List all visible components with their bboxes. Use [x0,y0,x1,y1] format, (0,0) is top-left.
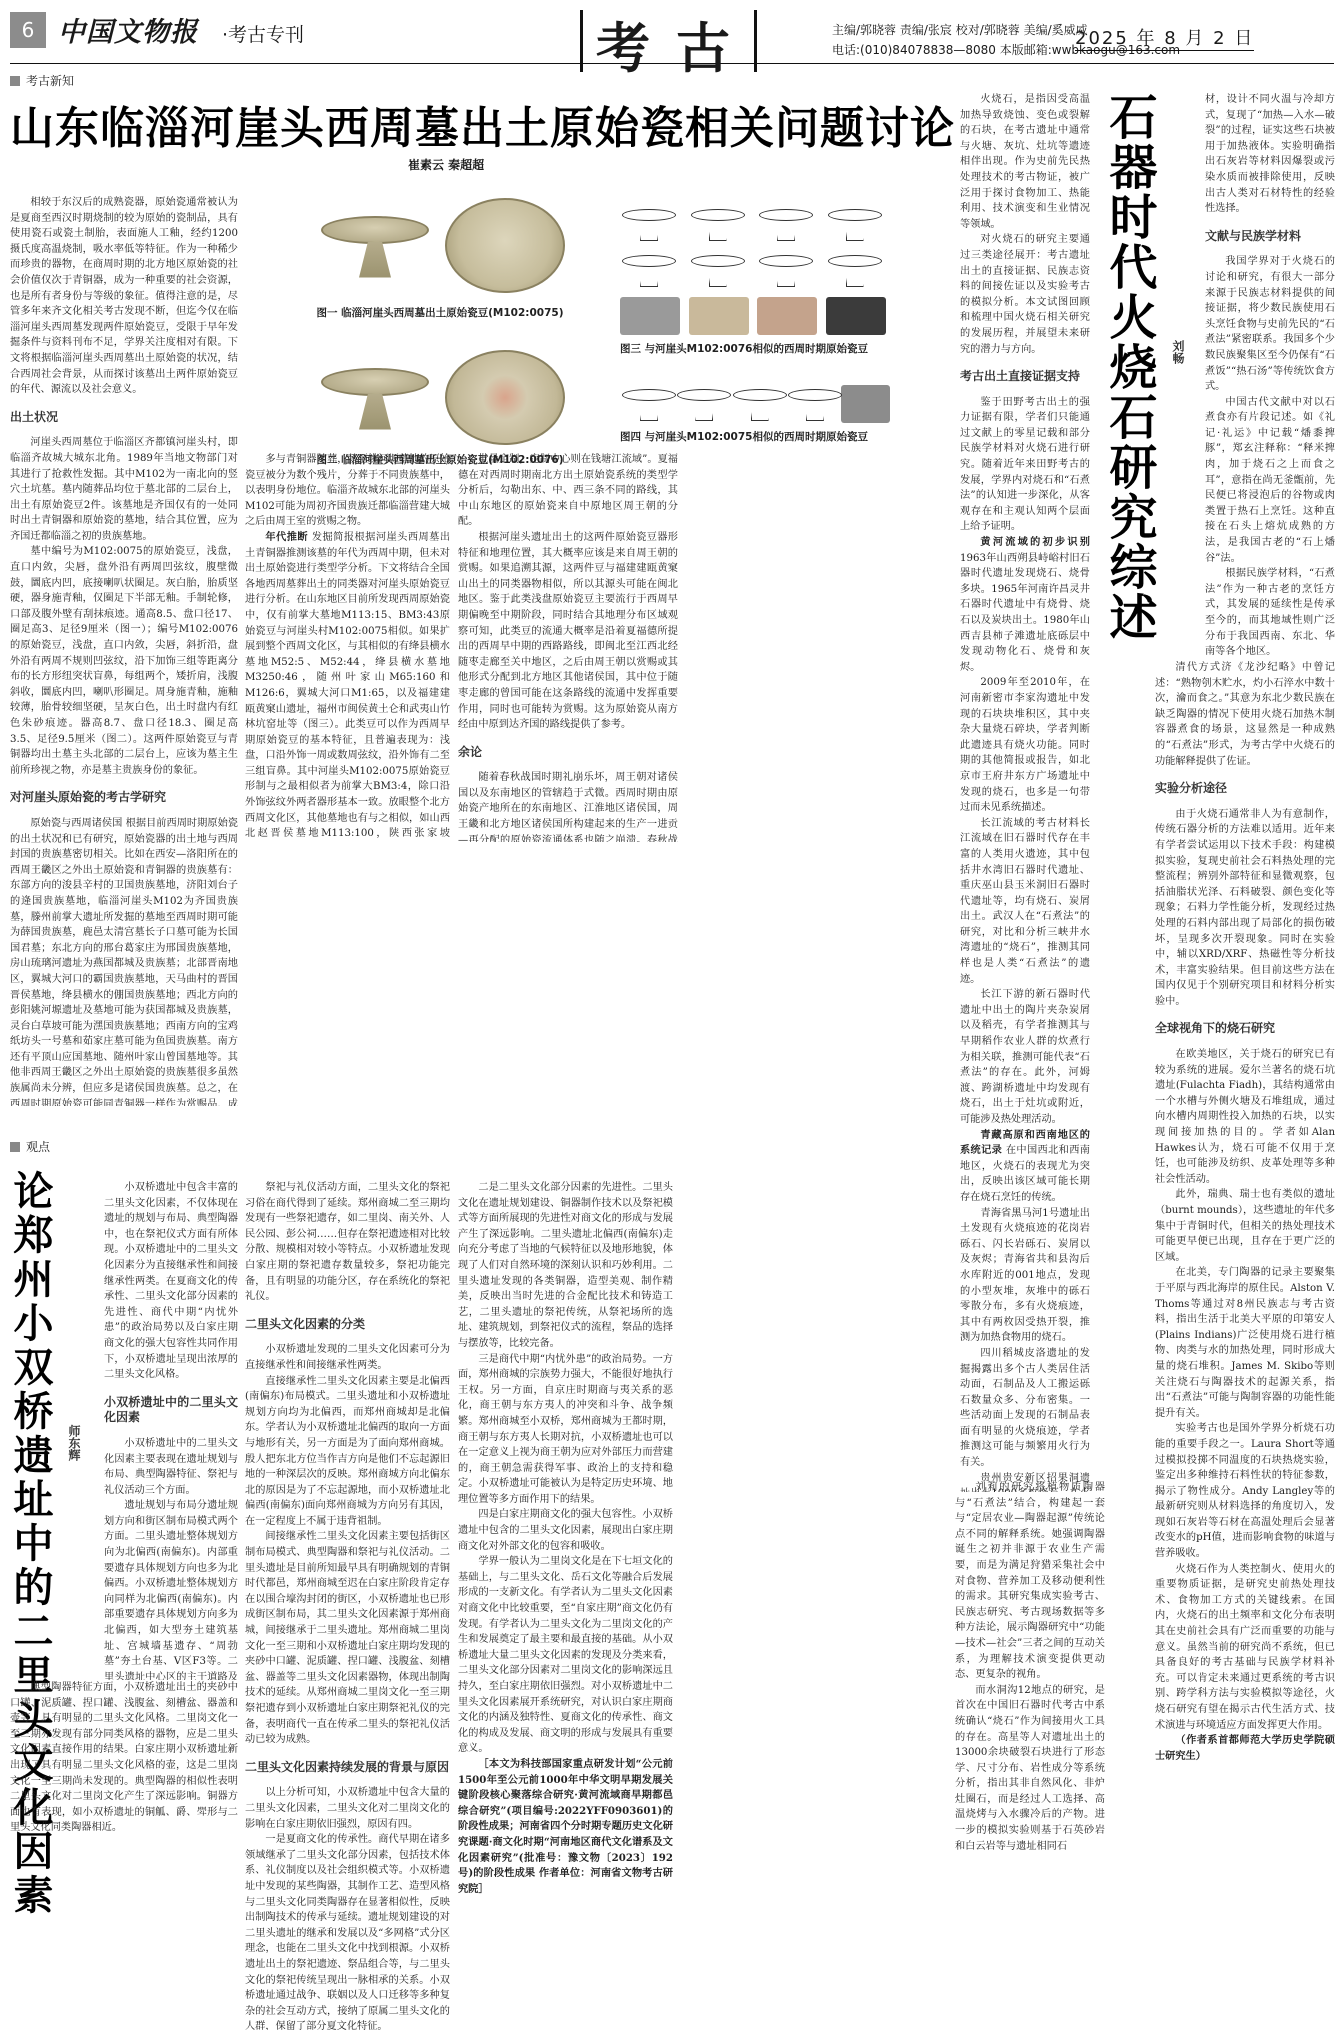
article3-section3-title: 二里头文化因素持续发展的背景与原因 [245,1760,450,1776]
article1-headline: 山东临淄河崖头西周墓出土原始瓷相关问题讨论 [10,92,955,156]
article2-section3-title: 实验分析途径 [1155,781,1335,797]
line-drawing-dou [620,205,678,245]
article3-paragraph: 二是二里头文化部分因素的先进性。二里头文化在遗址规划建设、铜器制作技术以及祭祀模… [458,1180,673,1352]
special-issue-label: ·考古专刊 [222,20,304,47]
article3-funding-note: ［本文为科技部国家重点研发计划“公元前1500年至公元前1000年中华文明早期发… [458,1757,673,1897]
line-drawing-dou [757,251,815,291]
line-drawing-dou [786,385,833,425]
masthead-divider-right [754,10,757,72]
article2-section2-title: 文献与民族学材料 [1205,229,1335,245]
article2-paragraph: 而水洞沟12地点的研究，是首次在中国旧石器时代考古中系统确认“烧石”作为间接用火… [955,1683,1105,1855]
article2-paragraph: 四川稻城皮洛遗址的发掘揭露出多个古人类居住活动面，石制品及人工搬运砾石数量众多、… [960,1346,1090,1471]
dou-photo-grey [841,385,890,423]
article3-paragraph: 祭祀与礼仪活动方面，二里头文化的祭祀习俗在商代得到了延续。郑州商城二至三期均发现… [245,1180,450,1305]
article3-author: 师东辉 [66,1425,83,1461]
masthead-divider-left [580,10,583,72]
figure-4-caption: 图四 与河崖头M102:0075相似的西周时期原始瓷豆 [620,429,890,444]
paragraph-lead: 黄河流域的初步识别 [980,536,1090,548]
figure-1-caption: 图一 临淄河崖头西周墓出土原始瓷豆(M102:0075) [255,305,625,320]
article2-col2: 材，设计不同火温与冷却方式，复现了“加热—入水—破裂”的过程，证实这些石块被用于… [1205,92,1335,662]
article2-paragraph: 长江流域的考古材料长江流域在旧石器时代存在丰富的人类用火遗迹，其中包括井水湾旧石… [960,818,1090,985]
article2-affiliation: （作者系首都师范大学历史学院硕士研究生） [1155,1733,1335,1764]
article3-paragraph: 小双桥遗址中的二里头文化因素主要表现在遗址规划与布局、典型陶器特征、祭祀与礼仪活… [104,1436,238,1498]
article1-paragraph: 墓中编号为M102:0075的原始瓷豆，浅盘，直口内敛，尖唇，盘外沿有两周凹弦纹… [10,544,238,778]
article2-paragraph: 2009年至2010年，在河南新密市李家沟遗址中发现的石块块堆积区，其中夹杂大量… [960,675,1090,815]
paragraph-lead: 年代推断 [265,531,308,543]
article2-paragraph: 在欧美地区，关于烧石的研究已有较为系统的进展。爱尔兰著名的烧石坑遗址(Fulac… [1155,1047,1335,1187]
article3-col2: 祭祀与礼仪活动方面，二里头文化的祭祀习俗在商代得到了延续。郑州商城二至三期均发现… [245,1180,450,2030]
article2-col1: 火烧石，是指因受高温加热导致烧蚀、变色或裂解的石块，在考古遗址中通常与火塘、灰坑… [960,92,1090,1492]
dou-photo-tan [689,297,749,335]
article2-col2b: 清代方式济《龙沙纪略》中曾记述：“熟物刳木贮水，灼小石淬水中数十次，瀹而食之。”… [1155,660,1335,1990]
square-bullet-icon [10,1142,20,1152]
article3-paragraph: 以上分析可知，小双桥遗址中包含大量的二里头文化因素，二里头文化对二里岗文化的影响… [245,1785,450,1832]
column-tag-guandian: 观点 [10,1138,50,1155]
article1-paragraph: 河崖头西周墓位于临淄区齐都镇河崖头村，即临淄齐故城大城东北角。1989年当地文物… [10,435,238,544]
article1-section3-title: 余论 [458,745,678,761]
paper-name-logo: 中国文物报 [58,10,198,49]
column-tag-kaogu-xinzhi: 考古新知 [10,72,74,89]
column-tag-label: 考古新知 [26,72,74,89]
line-drawing-dou [620,385,667,425]
dou-photo-grey [620,297,680,335]
line-drawing-dou [731,385,778,425]
article3-paragraph: 三是商代中期“内忧外患”的政治局势。一方面，郑州商城的宗族势力强大，不能很好地执… [458,1352,673,1508]
article2-paragraph: 1963年山西朔县峙峪村旧石器时代遗址发现烧石、烧骨多块。1965年河南许昌灵井… [960,553,1090,673]
article2-section4-title: 全球视角下的烧石研究 [1155,1021,1335,1037]
line-drawing-dou [675,385,722,425]
article3-col3: 二是二里头文化部分因素的先进性。二里头文化在遗址规划建设、铜器制作技术以及祭祀模… [458,1180,673,2030]
article2-paragraph: 在北美，专门陶器的记录主要聚集于平原与西北海岸的原住民。Alston V. Th… [1155,1265,1335,1421]
figure-1: 图一 临淄河崖头西周墓出土原始瓷豆(M102:0075) [255,185,625,335]
porcelain-dou-side-photo [315,208,435,283]
line-drawing-dou [689,251,747,291]
article2-col1b: 刘莉的研究将植物质陶器与“石煮法”结合，构建起一套与“定居农业—陶器起源”传统论… [955,1480,1105,1900]
article3-col1b: 典型陶器特征方面，小双桥遗址出土的夹砂中口罐、泥质罐、捏口罐、浅腹盆、刻槽盆、器… [10,1680,238,2030]
article2-headline: 石器时代火烧石研究综述 [1105,92,1153,642]
article3-paragraph: 典型陶器特征方面，小双桥遗址出土的夹砂中口罐、泥质罐、捏口罐、浅腹盆、刻槽盆、器… [10,1680,238,1836]
article3-paragraph: 学界一般认为二里岗文化是在下七垣文化的基础上，与二里头文化、岳石文化等融合后发展… [458,1554,673,1757]
porcelain-dou-top-photo [445,198,565,293]
article1-section2-title: 对河崖头原始瓷的考古学研究 [10,790,238,806]
square-bullet-icon [10,76,20,86]
article2-paragraph: 火烧石作为人类控制火、使用火的重要物质证据，是研究史前热处理技术、食物加工方式的… [1155,1562,1335,1734]
dou-photo-brown [757,297,817,335]
article3-section2-title: 二里头文化因素的分类 [245,1317,450,1333]
article1-byline: 崔素云 秦超超 [408,156,484,173]
article3-paragraph: 直接继承性二里头文化因素主要是北偏西(南偏东)布局模式。二里头遗址和小双桥遗址规… [245,1374,450,1530]
article3-col1: 小双桥遗址中包含丰富的二里头文化因素，不仅体现在遗址的规划与布局、典型陶器中，也… [104,1180,238,1680]
article2-paragraph: 刘莉的研究将植物质陶器与“石煮法”结合，构建起一套与“定居农业—陶器起源”传统论… [955,1480,1105,1683]
article3-paragraph: 四是白家庄期商文化的强大包容性。小双桥遗址中包含的二里头文化因素，展现出白家庄期… [458,1507,673,1554]
line-drawing-dou [689,205,747,245]
article1-paragraph: 随着春秋战国时期礼崩乐坏，周王朝对诸侯国以及东南地区的管辖趋于式微。西周时期由原… [458,770,678,842]
article1-paragraph: 根据河崖头遗址出土的这两件原始瓷豆器形特征和地理位置，其大概率应该是来自周王朝的… [458,530,678,733]
line-drawing-dou [826,251,884,291]
figure-4: 图四 与河崖头M102:0075相似的西周时期原始瓷豆 [620,385,890,445]
article1-paragraph: 发掘简报根据河崖头西周墓出土青铜器推测该墓的年代为西周中期，但未对出土原始瓷进行… [245,532,450,840]
line-drawing-dou [620,251,678,291]
article2-section1-title: 考古出土直接证据支持 [960,369,1090,385]
article1-section1-title: 出土状况 [10,410,238,426]
article1-intro: 相较于东汉后的成熟瓷器，原始瓷通常被认为是夏商至西汉时期烧制的较为原始的瓷制品，… [10,195,238,398]
article3-paragraph: 小双桥遗址发现的二里头文化因素可分为直接继承性和间接继承性两类。 [245,1342,450,1373]
article2-paragraph: 长江下游的新石器时代遗址中出土的陶片夹杂炭屑以及稻壳，有学者推测其与早期稻作农业… [960,987,1090,1127]
article1-col1: 相较于东汉后的成熟瓷器，原始瓷通常被认为是夏商至西汉时期烧制的较为原始的瓷制品，… [10,195,238,1106]
figure-3: 图三 与河崖头M102:0076相似的西周时期原始瓷豆 [620,205,890,365]
article2-paragraph: 中国古代文献中对以石煮食亦有片段记述。如《礼记·礼运》中记载“燔黍捭豚”，郑玄注… [1205,395,1335,567]
line-drawing-dou [826,205,884,245]
issue-date: 2025 年 8 月 2 日 [1075,24,1254,51]
article1-paragraph: 多与青铜器随葬，甚至姚河塬墓地的原始瓷豆被分为数个残片，分葬于不同贵族墓中，以表… [245,452,450,530]
article3-paragraph: 遗址规划与布局分遗址规划方向和街区制布局模式两个方面。二里头遗址整体规划方向为北… [104,1498,238,1680]
article2-paragraph: 此外，瑞典、瑞士也有类似的遗址（burnt mounds），这些遗址的年代多集中… [1155,1187,1335,1265]
article2-author: 刘畅 [1170,340,1187,364]
porcelain-dou-top-photo [445,350,565,445]
article2-paragraph: 对火烧石的研究主要通过三类途径展开：考古遗址出土的直接证据、民族志资料的间接佐证… [960,232,1090,357]
article3-paragraph: 间接继承性二里头文化因素主要包括街区制布局模式、典型陶器和祭祀与礼仪活动。二里头… [245,1529,450,1747]
article3-paragraph: 小双桥遗址中包含丰富的二里头文化因素，不仅体现在遗址的规划与布局、典型陶器中，也… [104,1180,238,1383]
figure-3-caption: 图三 与河崖头M102:0076相似的西周时期原始瓷豆 [620,341,890,356]
page-number: 6 [10,12,46,48]
article1-paragraph: 原始瓷与西周诸侯国 根据目前西周时期原始瓷的出土状况和已有研究，原始瓷器的出土地… [10,816,238,1106]
line-drawing-dou [757,205,815,245]
article2-paragraph: 材，设计不同火温与冷却方式，复现了“加热—入水—破裂”的过程，证实这些石块被用于… [1205,92,1335,217]
article2-paragraph: 实验考古也是国外学界分析烧石功能的重要手段之一。Laura Short等通过模拟… [1155,1421,1335,1561]
article1-col3: 批量定制，定制中心则在钱塘江流域”。夏福德在对西周时期南北方出土原始瓷系统的类型… [458,452,678,842]
column-tag-label: 观点 [26,1138,50,1155]
porcelain-dou-side-photo [315,360,435,435]
article2-paragraph: 我国学界对于火烧石的讨论和研究，有很大一部分来源于民族志材料提供的间接证据，将少… [1205,254,1335,394]
article2-paragraph: 鉴于田野考古出土的强力证据有限，学者们只能通过文献上的零星记载和部分民族学材料对… [960,395,1090,535]
article2-paragraph: 根据民族学材料，“石煮法”作为一种古老的烹饪方式，其发展的延续性是传承至今的，而… [1205,566,1335,660]
article1-paragraph: 批量定制，定制中心则在钱塘江流域”。夏福德在对西周时期南北方出土原始瓷系统的类型… [458,452,678,530]
dou-photo-dark [826,297,886,335]
article1-col2: 多与青铜器随葬，甚至姚河塬墓地的原始瓷豆被分为数个残片，分葬于不同贵族墓中，以表… [245,452,450,840]
section-title: 考古 [596,6,756,83]
article2-paragraph: 由于火烧石通常非人为有意制作，传统石器分析的方法难以适用。近年来有学者尝试运用以… [1155,807,1335,1010]
article2-paragraph: 火烧石，是指因受高温加热导致烧蚀、变色或裂解的石块，在考古遗址中通常与火塘、灰坑… [960,92,1090,232]
article3-paragraph: 一是夏商文化的传承性。商代早期在诸多领域继承了二里头文化部分因素，包括技术体系、… [245,1832,450,2030]
article3-section1-title: 小双桥遗址中的二里头文化因素 [104,1395,238,1426]
article2-paragraph: 青海省黑马河1号遗址出土发现有火烧痕迹的花岗岩砾石、闪长岩砾石、炭屑以及灰烬；青… [960,1206,1090,1346]
article2-paragraph: 清代方式济《龙沙纪略》中曾记述：“熟物刳木贮水，灼小石淬水中数十次，瀹而食之。”… [1155,660,1335,769]
